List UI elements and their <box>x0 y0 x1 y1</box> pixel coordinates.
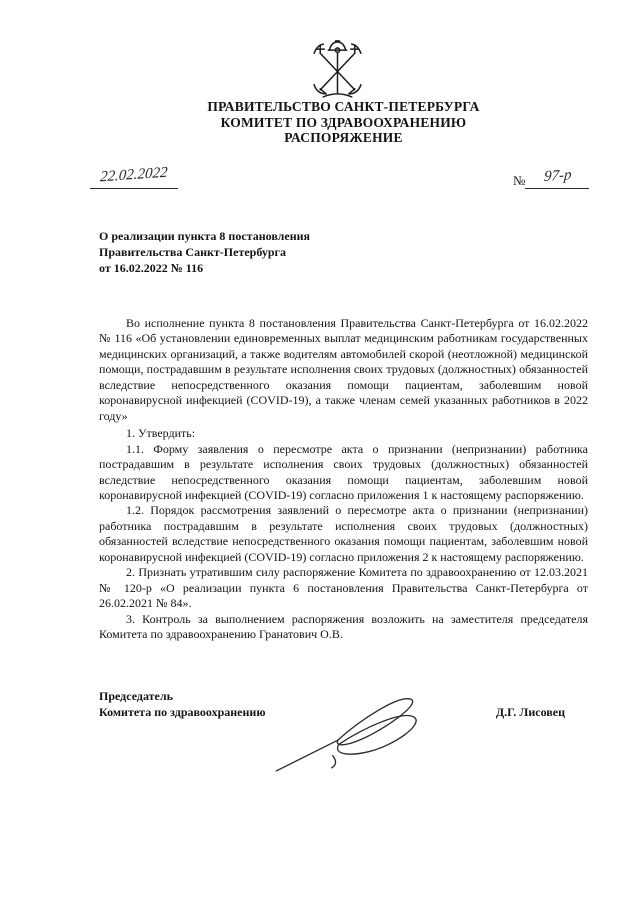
body-paragraph: 1. Утвердить: <box>99 426 588 441</box>
date-field: 22.02.2022 <box>90 166 178 189</box>
handwritten-number: 97-р <box>543 167 572 186</box>
handwritten-date: 22.02.2022 <box>100 165 169 187</box>
document-page: ПРАВИТЕЛЬСТВО САНКТ-ПЕТЕРБУРГА КОМИТЕТ П… <box>0 0 640 905</box>
number-label: № <box>513 173 525 188</box>
signer-name: Д.Г. Лисовец <box>496 704 565 720</box>
body-paragraph: 1.1. Форму заявления о пересмотре акта о… <box>99 442 588 504</box>
letterhead: ПРАВИТЕЛЬСТВО САНКТ-ПЕТЕРБУРГА КОМИТЕТ П… <box>99 99 588 146</box>
signature-block: Председатель Комитета по здравоохранению… <box>99 688 565 798</box>
subject-line: от 16.02.2022 № 116 <box>99 261 310 277</box>
body-paragraph: 1.2. Порядок рассмотрения заявлений о пе… <box>99 503 588 565</box>
document-type-title: РАСПОРЯЖЕНИЕ <box>99 130 588 146</box>
government-name: ПРАВИТЕЛЬСТВО САНКТ-ПЕТЕРБУРГА <box>99 99 588 115</box>
body-paragraph: 3. Контроль за выполнением распоряжения … <box>99 612 588 643</box>
committee-name: КОМИТЕТ ПО ЗДРАВООХРАНЕНИЮ <box>99 115 588 131</box>
document-subject: О реализации пункта 8 постановления Прав… <box>99 229 310 276</box>
body-paragraph: Во исполнение пункта 8 постановления Пра… <box>99 316 588 424</box>
subject-line: Правительства Санкт-Петербурга <box>99 245 310 261</box>
number-field: №97-р <box>513 168 589 189</box>
document-body: Во исполнение пункта 8 постановления Пра… <box>99 316 588 643</box>
subject-line: О реализации пункта 8 постановления <box>99 229 310 245</box>
saint-petersburg-coat-of-arms-icon <box>309 40 366 99</box>
body-paragraph: 2. Признать утратившим силу распоряжение… <box>99 565 588 611</box>
handwritten-signature-icon <box>271 692 419 774</box>
